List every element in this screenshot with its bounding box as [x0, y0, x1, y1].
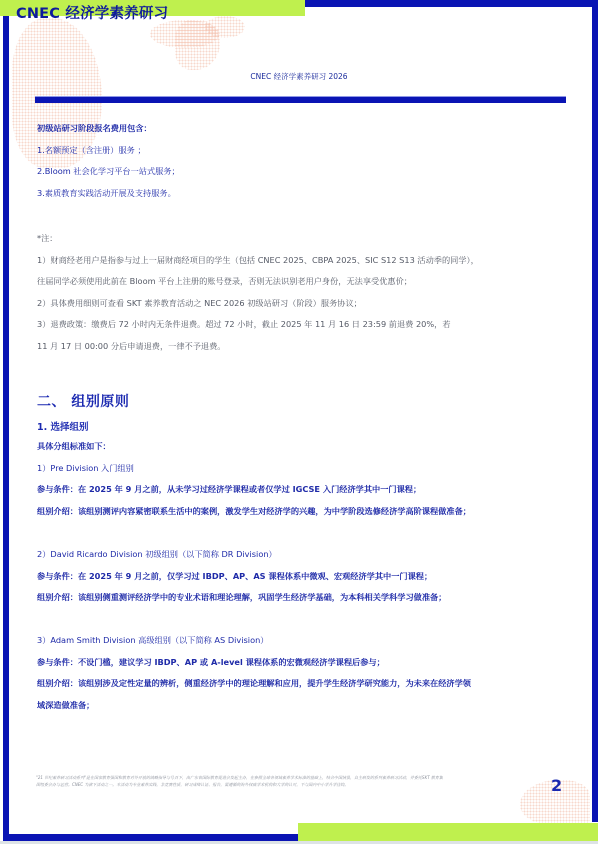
footer-note: "21 世纪素养研习活动系列"是在国家教育强国和教育对外开放的战略指导与号召下，…	[36, 775, 536, 788]
section-title: 二、 组别原则	[37, 391, 129, 411]
frame-border-left	[3, 16, 9, 842]
frame-border-right	[592, 0, 598, 822]
division-description: 域深造做准备；	[37, 700, 94, 711]
page-number: 2	[551, 776, 562, 795]
note-line: 11 月 17 日 00:00 分后申请退费，一律不予退费。	[37, 341, 225, 352]
world-map-decoration	[205, 16, 245, 38]
fee-item: 1.名额预定（含注册）服务 ；	[37, 145, 146, 156]
subsection-title: 1. 选择组别	[37, 419, 89, 433]
division-condition: 参与条件：在 2025 年 9 月之前，从未学习过经济学课程或者仅学过 IGCS…	[37, 484, 421, 495]
fee-item: 3.素质教育实践活动开展及支持服务。	[37, 188, 176, 199]
fee-item: 2.Bloom 社会化学习平台一站式服务；	[37, 166, 180, 177]
division-condition: 参与条件：在 2025 年 9 月之前，仅学习过 IBDP、AP、AS 课程体系…	[37, 571, 432, 582]
division-name: 3）Adam Smith Division 高级组别（以下简称 AS Divis…	[37, 635, 268, 646]
division-description: 组别介绍：该组别测评内容紧密联系生活中的案例，激发学生对经济学的兴趣，为中学阶段…	[37, 506, 471, 517]
fees-heading: 初级站研习阶段报名费用包含：	[37, 123, 152, 134]
brand-title: CNEC 经济学素养研习	[16, 2, 168, 23]
header-rule	[35, 96, 566, 103]
frame-border-bottom	[3, 834, 298, 841]
footer-note-line: 团组委会办与运营。CNEC 为旗下活动之一。本活动为专业素养实践，非竞赛性质，研…	[36, 782, 536, 789]
bottom-accent-bar	[298, 823, 598, 841]
division-name: 2）David Ricardo Division 初级组别（以下简称 DR Di…	[37, 549, 277, 560]
document-page: CNEC 经济学素养研习 CNEC 经济学素养研习 2026 初级站研习阶段报名…	[0, 0, 598, 844]
division-description: 组别介绍：该组别侧重测评经济学中的专业术语和理论理解，巩固学生经济学基础，为本科…	[37, 592, 446, 603]
division-description: 组别介绍：该组别涉及定性定量的辨析，侧重经济学中的理论理解和应用，提升学生经济学…	[37, 678, 471, 689]
running-header: CNEC 经济学素养研习 2026	[0, 71, 598, 82]
division-name: 1）Pre Division 入门组别	[37, 463, 134, 474]
frame-border-top	[305, 0, 598, 7]
note-line: 往届同学必须使用此前在 Bloom 平台上注册的账号登录，否则无法识别老用户身份…	[37, 276, 412, 287]
note-line: 1）财商经老用户是指参与过上一届财商经项目的学生（包括 CNEC 2025、CB…	[37, 255, 479, 266]
section-intro: 具体分组标准如下：	[37, 441, 111, 452]
note-line: 3）退费政策：缴费后 72 小时内无条件退费。超过 72 小时，截止 2025 …	[37, 319, 451, 330]
note-line: 2）具体费用细则可查看 SKT 素养教育活动之 NEC 2026 初级站研习（阶…	[37, 298, 362, 309]
notes-heading: *注：	[37, 233, 57, 244]
division-condition: 参与条件：不设门槛，建议学习 IBDP、AP 或 A-level 课程体系的宏微…	[37, 657, 385, 668]
